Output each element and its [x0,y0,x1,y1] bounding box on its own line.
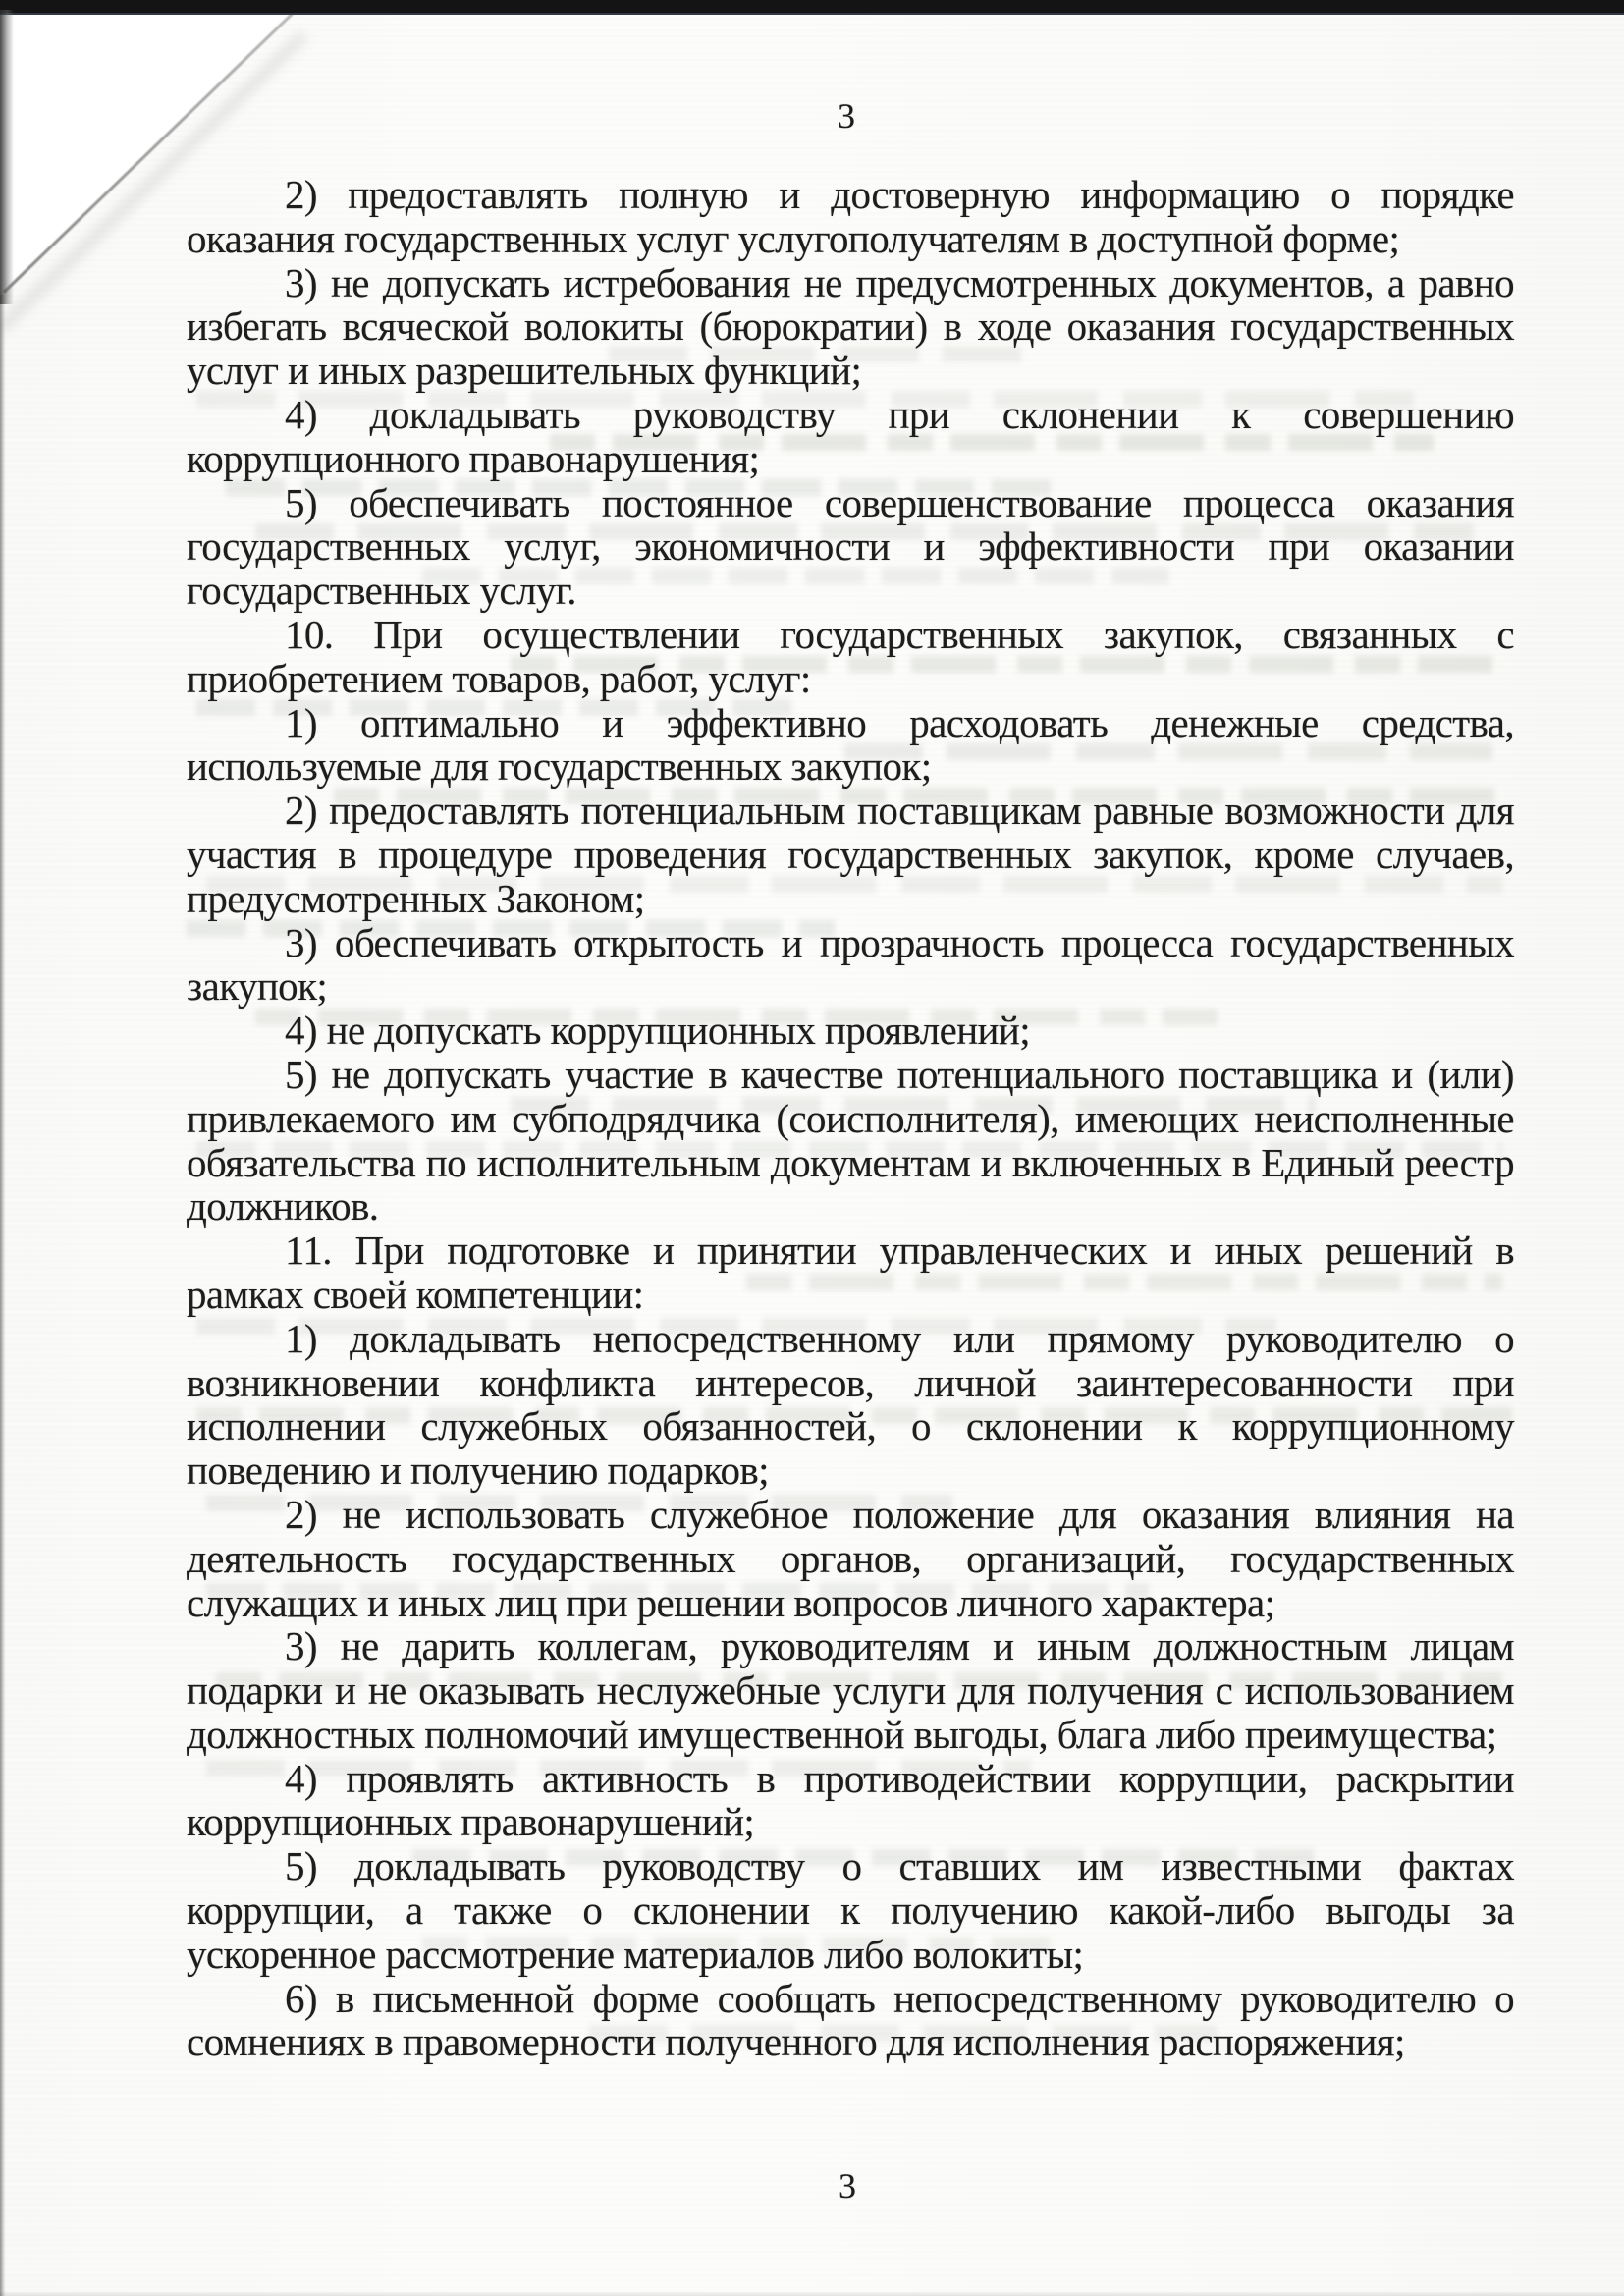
scanner-edge-left [0,10,14,304]
paragraph: 1) оптимально и эффективно расходовать д… [187,701,1514,790]
scanner-edge-top [0,0,1624,15]
paragraph: 3) обеспечивать открытость и прозрачност… [187,921,1514,1010]
page-number-top: 3 [34,98,1624,134]
paragraph: 10. При осуществлении государственных за… [187,613,1514,701]
paragraph: 4) докладывать руководству при склонении… [187,393,1514,481]
paragraph: 2) предоставлять полную и достоверную ин… [187,173,1514,261]
paragraph: 3) не допускать истребования не предусмо… [187,261,1514,393]
scanner-edge-bottom [0,2291,1624,2296]
paragraph: 3) не дарить коллегам, руководителям и и… [187,1624,1514,1756]
paragraph: 2) предоставлять потенциальным поставщик… [187,789,1514,920]
paragraph: 1) докладывать непосредственному или пря… [187,1317,1514,1493]
paragraph: 4) проявлять активность в противодействи… [187,1757,1514,1845]
paragraph: 2) не использовать служебное положение д… [187,1493,1514,1624]
paragraph: 5) не допускать участие в качестве потен… [187,1053,1514,1229]
paragraph: 6) в письменной форме сообщать непосредс… [187,1977,1514,2065]
paragraph: 5) докладывать руководству о ставших им … [187,1844,1514,1976]
paragraph: 5) обеспечивать постоянное совершенствов… [187,481,1514,613]
scanned-document-page: 3 2) предоставлять полную и достоверную … [0,0,1624,2296]
scanner-edge-left-line [0,295,6,2296]
paragraph: 11. При подготовке и принятии управленче… [187,1229,1514,1317]
paragraph: 4) не допускать коррупционных проявлений… [187,1009,1514,1053]
page-number-bottom: 3 [35,2168,1624,2204]
document-body: 2) предоставлять полную и достоверную ин… [187,173,1514,2064]
